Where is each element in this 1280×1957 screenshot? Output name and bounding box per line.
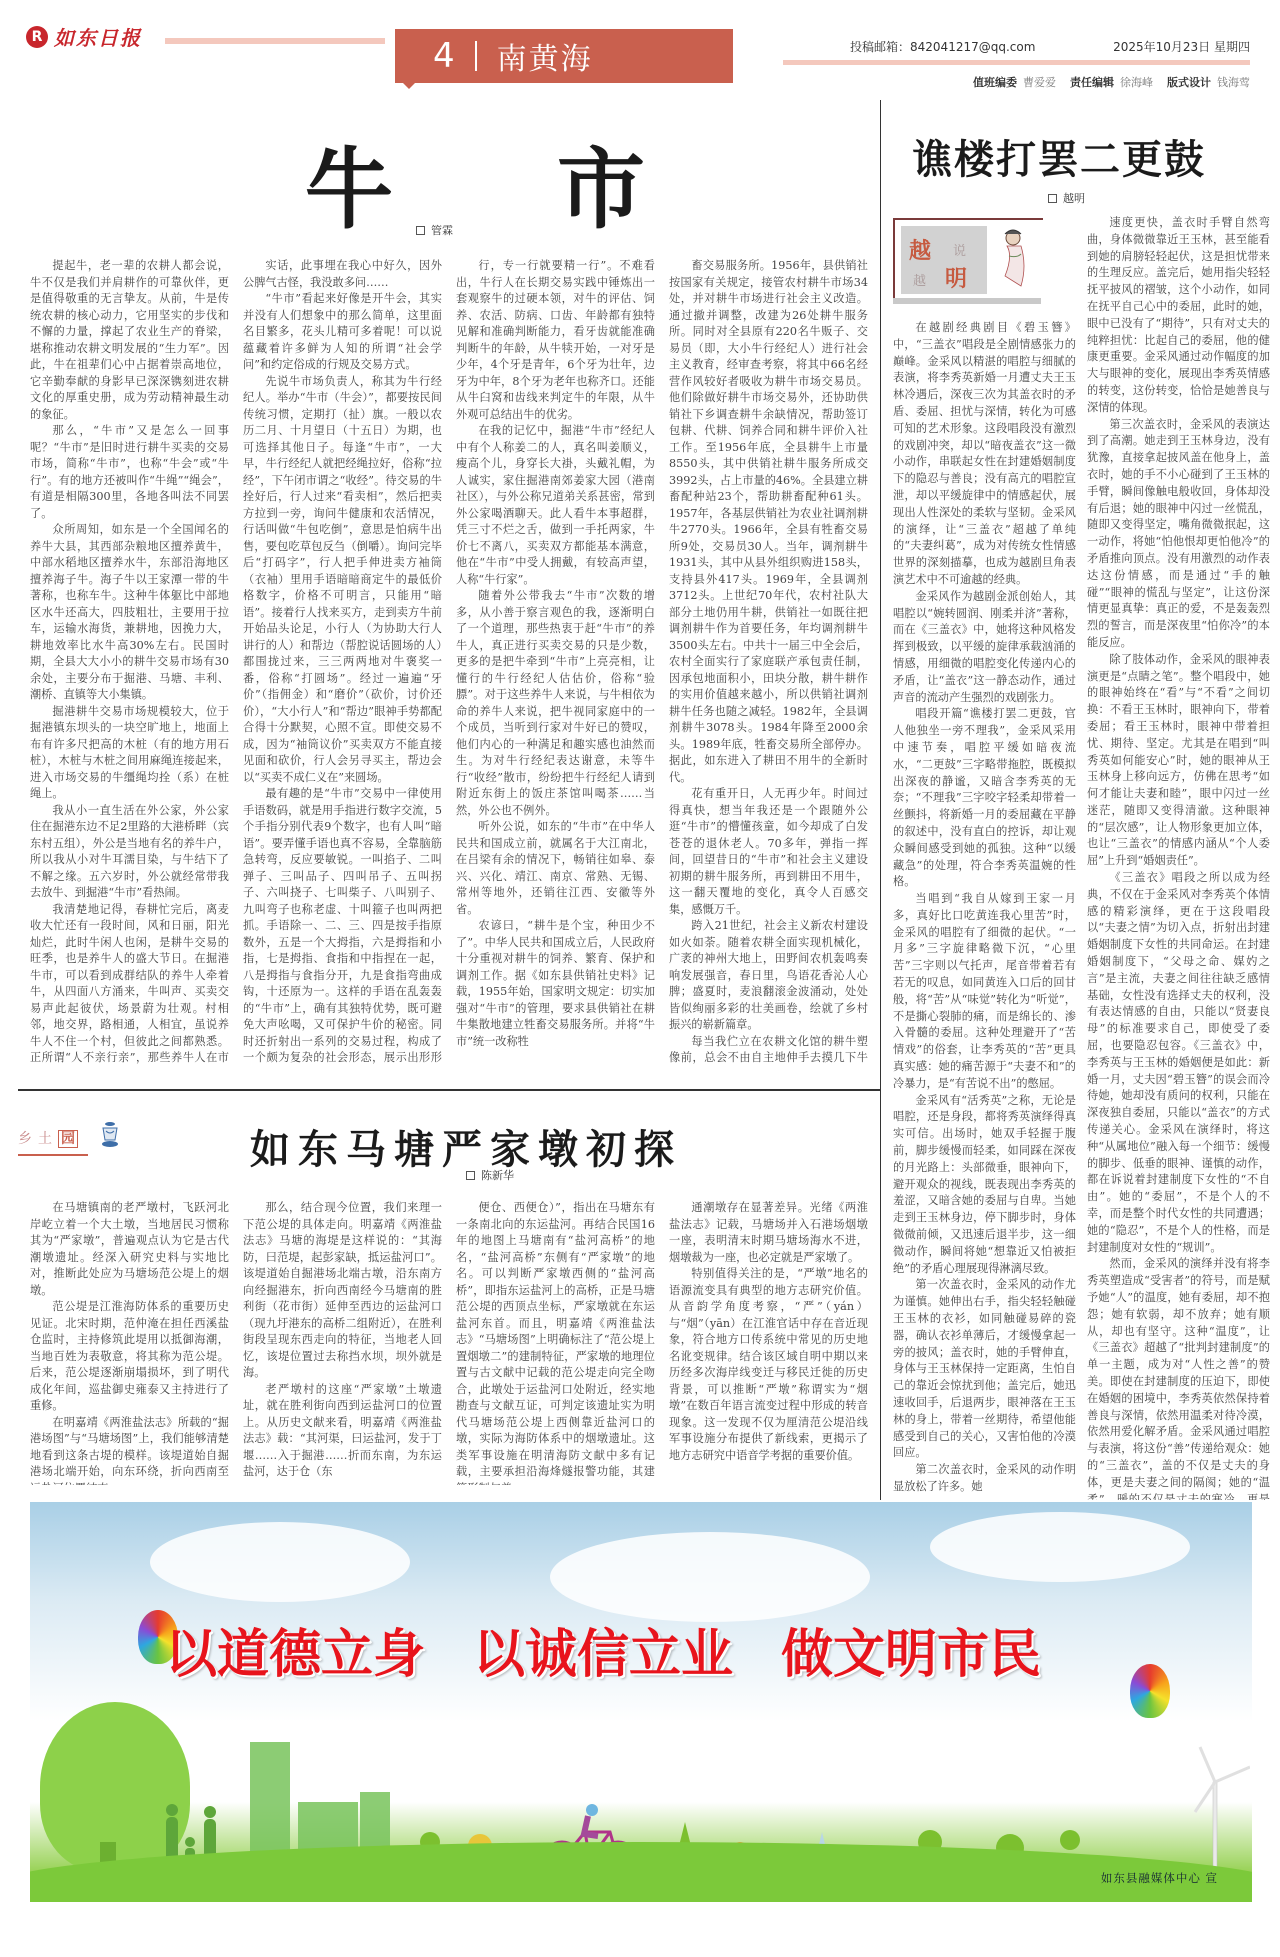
text-column: 在越剧经典剧目《碧玉簪》中，“三盖衣”唱段是全剧情感张力的巅峰。金采风以精湛的唱… bbox=[893, 320, 1076, 1500]
badge-underline bbox=[893, 298, 1041, 304]
text-column: 速度更快，盖衣时手臂自然弯曲，身体微微靠近王玉林，甚至能看到她的肩膀轻轻起伏，这… bbox=[1087, 215, 1270, 1500]
byline-box-icon bbox=[1048, 194, 1057, 203]
submission-email: 投稿邮箱：842041217@qq.com bbox=[850, 38, 1035, 55]
page-number: 4 bbox=[433, 36, 455, 76]
masthead: R 如东日报 4 南黄海 投稿邮箱：842041217@qq.com 2025年… bbox=[0, 0, 1280, 95]
paragraph: 金采风作为越剧金派创始人，其唱腔以“婉转圆润、刚柔并济”著称，而在《三盖衣》中，… bbox=[893, 589, 1076, 707]
section-separator bbox=[475, 41, 477, 71]
article-body: 提起牛，老一辈的农耕人都会说，牛不仅是我们并肩耕作的可靠伙伴，更是值得敬重的无言… bbox=[30, 258, 868, 1068]
staff-credit: 值班编委曹爱爱 bbox=[973, 74, 1056, 90]
cloud bbox=[930, 1512, 1190, 1582]
paragraph: “牛市”看起来好像是开牛会，其实并没有人们想象中的那么简单，这里面名目繁多，花头… bbox=[243, 291, 442, 374]
paragraph: 第一次盖衣时，金采风的动作尤为谨慎。她伸出右手，指尖轻轻触碰王玉林的衣衫，如同触… bbox=[893, 1277, 1076, 1462]
column-tag-underline bbox=[18, 1154, 88, 1156]
column-divider bbox=[880, 100, 881, 1500]
paragraph: 畜交易服务所。1956年，县供销社按国家有关规定，接管农村耕牛市场34处，并对耕… bbox=[669, 258, 868, 786]
paragraph: 然而，金采风的演绎并没有将李秀英塑造成“受害者”的符号，而是赋予她“人”的温度，… bbox=[1087, 1256, 1270, 1500]
article-byline: 陈新华 bbox=[466, 1167, 514, 1183]
article-title: 谯楼打罢二更鼓 bbox=[912, 128, 1206, 185]
paragraph: 当唱到“我自从嫁到王家一月多，真好比口吃黄连我心里苦”时，金采风的唱腔有了细微的… bbox=[893, 891, 1076, 1093]
paragraph: 除了肢体动作，金采风的眼神表演更是“点睛之笔”。整个唱段中，她的眼神始终在“看”… bbox=[1087, 652, 1270, 870]
text-column: 实话，此事埋在我心中好久，因外公脾气古怪，我没敢多问……“牛市”看起来好像是开牛… bbox=[243, 258, 442, 1068]
column-tag-highlight: 园 bbox=[58, 1130, 78, 1148]
title-char: 市 bbox=[557, 120, 645, 246]
paragraph: 在我的记忆中，掘港“牛市”经纪人中有个人称姜二的人，真名叫姜顺义，瘦高个儿，身穿… bbox=[456, 423, 655, 588]
paragraph: 特别值得关注的是，“严墩”地名的语源流变具有典型的地方志研究价值。从音韵学角度考… bbox=[669, 1266, 868, 1464]
paragraph: 花有重开日，人无再少年。时间过得真快，想当年我还是一个跟随外公逛“牛市”的懵懂孩… bbox=[669, 786, 868, 918]
section-banner: 4 南黄海 bbox=[395, 29, 733, 83]
paragraph: 听外公说，如东的“牛市”在中华人民共和国成立前，就属名于大江南北，在吕梁有余的情… bbox=[456, 819, 655, 918]
paragraph: 在马塘镇南的老严墩村，飞跃河北岸屹立着一个大土墩，当地居民习惯称其为“严家墩”，… bbox=[30, 1200, 229, 1299]
slogan-text: 做文明市民 bbox=[781, 1612, 1041, 1687]
paragraph: 那么，“牛市”又是怎么一回事呢？“牛市”是旧时进行耕牛买卖的交易市场，简称“牛市… bbox=[30, 423, 229, 522]
paragraph: 我从小一直生活在外公家，外公家住在掘港东边不足2里路的大港桥畔（宾东村五组），外… bbox=[30, 803, 229, 902]
paragraph: 每当我伫立在农耕文化馆的耕牛塑像前，总会不由自主地伸手去摸几下牛头，当指尖触摸到… bbox=[669, 1034, 868, 1069]
section-name: 南黄海 bbox=[497, 34, 593, 78]
newspaper-logo[interactable]: R 如东日报 bbox=[26, 22, 142, 51]
text-column: 提起牛，老一辈的农耕人都会说，牛不仅是我们并肩耕作的可靠伙伴，更是值得敬重的无言… bbox=[30, 258, 229, 1068]
paragraph: 范公堤是江淮海防体系的重要历史见证。北宋时期，范仲淹在担任西溪盐仓监时，主持修筑… bbox=[30, 1299, 229, 1415]
paragraph: 第三次盖衣时，金采风的表演达到了高潮。她走到王玉林身边，没有犹豫，直接拿起披风盖… bbox=[1087, 417, 1270, 652]
cloud bbox=[550, 1532, 870, 1622]
paragraph: 金采风有“活秀英”之称，无论是唱腔，还是身段，都将秀英演绎得真实可信。出场时，她… bbox=[893, 1093, 1076, 1278]
text-column: 畜交易服务所。1956年，县供销社按国家有关规定，接管农村耕牛市场34处，并对耕… bbox=[669, 258, 868, 1068]
paragraph: 在越剧经典剧目《碧玉簪》中，“三盖衣”唱段是全剧情感张力的巅峰。金采风以精湛的唱… bbox=[893, 320, 1076, 589]
banner-slogan: 以道德立身 以诚信立业 做文明市民 bbox=[165, 1612, 1165, 1687]
header-rule-left bbox=[165, 38, 385, 44]
text-column: 那么，结合现今位置，我们来理一下范公堤的具体走向。明嘉靖《两淮盐法志》马塘的海堤… bbox=[243, 1200, 442, 1485]
text-column: 通潮墩存在显著差异。光绪《两淮盐法志》记载，马塘场并入石港场烟墩一座，表明清末时… bbox=[669, 1200, 868, 1485]
byline-box-icon bbox=[416, 226, 425, 235]
paragraph: 便仓、西便仓）”，指出在马塘东有一条南北向的东运盐河。再结合民国16年的地图上马… bbox=[456, 1200, 655, 1485]
paragraph: 唱段开篇“谯楼打罢二更鼓，官人他独坐一旁不理我”，金采风采用中速节奏，唱腔平缓如… bbox=[893, 706, 1076, 891]
paragraph: 实话，此事埋在我心中好久，因外公脾气古怪，我没敢多问…… bbox=[243, 258, 442, 291]
issue-date: 2025年10月23日 星期四 bbox=[1113, 38, 1250, 55]
staff-credit: 责任编辑徐海峰 bbox=[1070, 74, 1153, 90]
banner-credit: 如东县融媒体中心 宣 bbox=[1101, 1870, 1218, 1886]
paragraph: 老严墩村的这座“严家墩”土墩遗址，就在胜利街向西到运盐河口的位置上。从历史文献来… bbox=[243, 1382, 442, 1481]
text-column: 在马塘镇南的老严墩村，飞跃河北岸屹立着一个大土墩，当地居民习惯称其为“严家墩”，… bbox=[30, 1200, 229, 1485]
column-tag-prefix: 乡土 bbox=[18, 1131, 58, 1147]
paragraph: 在明嘉靖《两淮盐法志》所载的“掘港场图”与“马塘场图”上，我们能够清楚地看到这条… bbox=[30, 1415, 229, 1486]
paragraph: 《三盖衣》唱段之所以成为经典，不仅在于金采风对李秀英个体情感的精彩演绎，更在于这… bbox=[1087, 870, 1270, 1256]
text-column: 行，专一行就要精一行”。不难看出，牛行人在长期交易实践中锤炼出一套观察牛的过硬本… bbox=[456, 258, 655, 1068]
paragraph: 提起牛，老一辈的农耕人都会说，牛不仅是我们并肩耕作的可靠伙伴，更是值得敬重的无言… bbox=[30, 258, 229, 423]
paragraph: 那么，结合现今位置，我们来理一下范公堤的具体走向。明嘉靖《两淮盐法志》马塘的海堤… bbox=[243, 1200, 442, 1382]
newspaper-name: 如东日报 bbox=[54, 22, 142, 51]
paragraph: 农谚曰，“耕牛是个宝，种田少不了”。中华人民共和国成立后，人民政府十分重视对耕牛… bbox=[456, 918, 655, 1050]
cloud bbox=[150, 1522, 410, 1602]
public-service-banner: 以道德立身 以诚信立业 做文明市民 如东县融媒体中心 宣 bbox=[30, 1502, 1252, 1902]
opera-figure-icon bbox=[999, 228, 1029, 290]
column-badge-yueshuoyueming: 越 说 越 明 bbox=[893, 218, 1043, 298]
paragraph: 速度更快，盖衣时手臂自然弯曲，身体微微靠近王玉林，甚至能看到她的肩膀轻轻起伏，这… bbox=[1087, 215, 1270, 417]
porcelain-cup-icon bbox=[100, 1120, 120, 1150]
paragraph: 跨入21世纪，社会主义新农村建设如火如荼。随着农耕全面实现机械化，广袤的神州大地… bbox=[669, 918, 868, 1034]
byline-box-icon bbox=[466, 1171, 475, 1180]
column-tag-xiangtuyuan: 乡土园 bbox=[18, 1118, 173, 1158]
paragraph: 第二次盖衣时，金采风的动作明显放松了许多。她 bbox=[893, 1462, 1076, 1496]
staff-credit: 版式设计钱海莺 bbox=[1167, 74, 1250, 90]
article-byline: 越明 bbox=[1048, 190, 1085, 206]
text-column: 便仓、西便仓）”，指出在马塘东有一条南北向的东运盐河。再结合民国16年的地图上马… bbox=[456, 1200, 655, 1485]
slogan-text: 以道德立身 bbox=[165, 1612, 425, 1687]
article-title: 牛 市 bbox=[305, 120, 645, 246]
section-divider bbox=[18, 1089, 880, 1091]
article-body: 在马塘镇南的老严墩村，飞跃河北岸屹立着一个大土墩，当地居民习惯称其为“严家墩”，… bbox=[30, 1200, 868, 1485]
paragraph: 掘港耕牛交易市场规模较大，位于掘港镇东坝头的一块空旷地上，地面上布有许多尺把高的… bbox=[30, 704, 229, 803]
paragraph: 众所周知，如东是一个全国闻名的养牛大县，其西部杂粮地区擅养黄牛，中部水稻地区擅养… bbox=[30, 522, 229, 704]
paragraph: 通潮墩存在显著差异。光绪《两淮盐法志》记载，马塘场并入石港场烟墩一座，表明清末时… bbox=[669, 1200, 868, 1266]
submission-email-label: 投稿邮箱： bbox=[850, 40, 910, 54]
article-byline: 管霖 bbox=[416, 222, 453, 238]
paragraph: 随着外公带我去“牛市”次数的增多，从小善于察言观色的我，逐渐明白了一个道理，那些… bbox=[456, 588, 655, 819]
slogan-text: 以诚信立业 bbox=[473, 1612, 733, 1687]
staff-credits: 值班编委曹爱爱 责任编辑徐海峰 版式设计钱海莺 bbox=[973, 74, 1250, 90]
submission-email-value[interactable]: 842041217@qq.com bbox=[910, 40, 1035, 54]
paragraph: 行，专一行就要精一行”。不难看出，牛行人在长期交易实践中锤炼出一套观察牛的过硬本… bbox=[456, 258, 655, 423]
title-char: 牛 bbox=[305, 120, 393, 246]
paragraph: 最有趣的是“牛市”交易中一律使用手语数码，就是用手指进行数字交流，5个手指分别代… bbox=[243, 786, 442, 1068]
paragraph: 我清楚地记得，春耕忙完后，离麦收大忙还有一段时间，风和日丽，阳光灿烂，此时牛闲人… bbox=[30, 902, 229, 1069]
header-rule-right bbox=[783, 60, 1250, 65]
logo-mark-icon: R bbox=[26, 26, 48, 48]
paragraph: 先说牛市场负责人，称其为牛行经纪人。举办“牛市（牛会）”，都要按民间传统习惯，定… bbox=[243, 374, 442, 787]
